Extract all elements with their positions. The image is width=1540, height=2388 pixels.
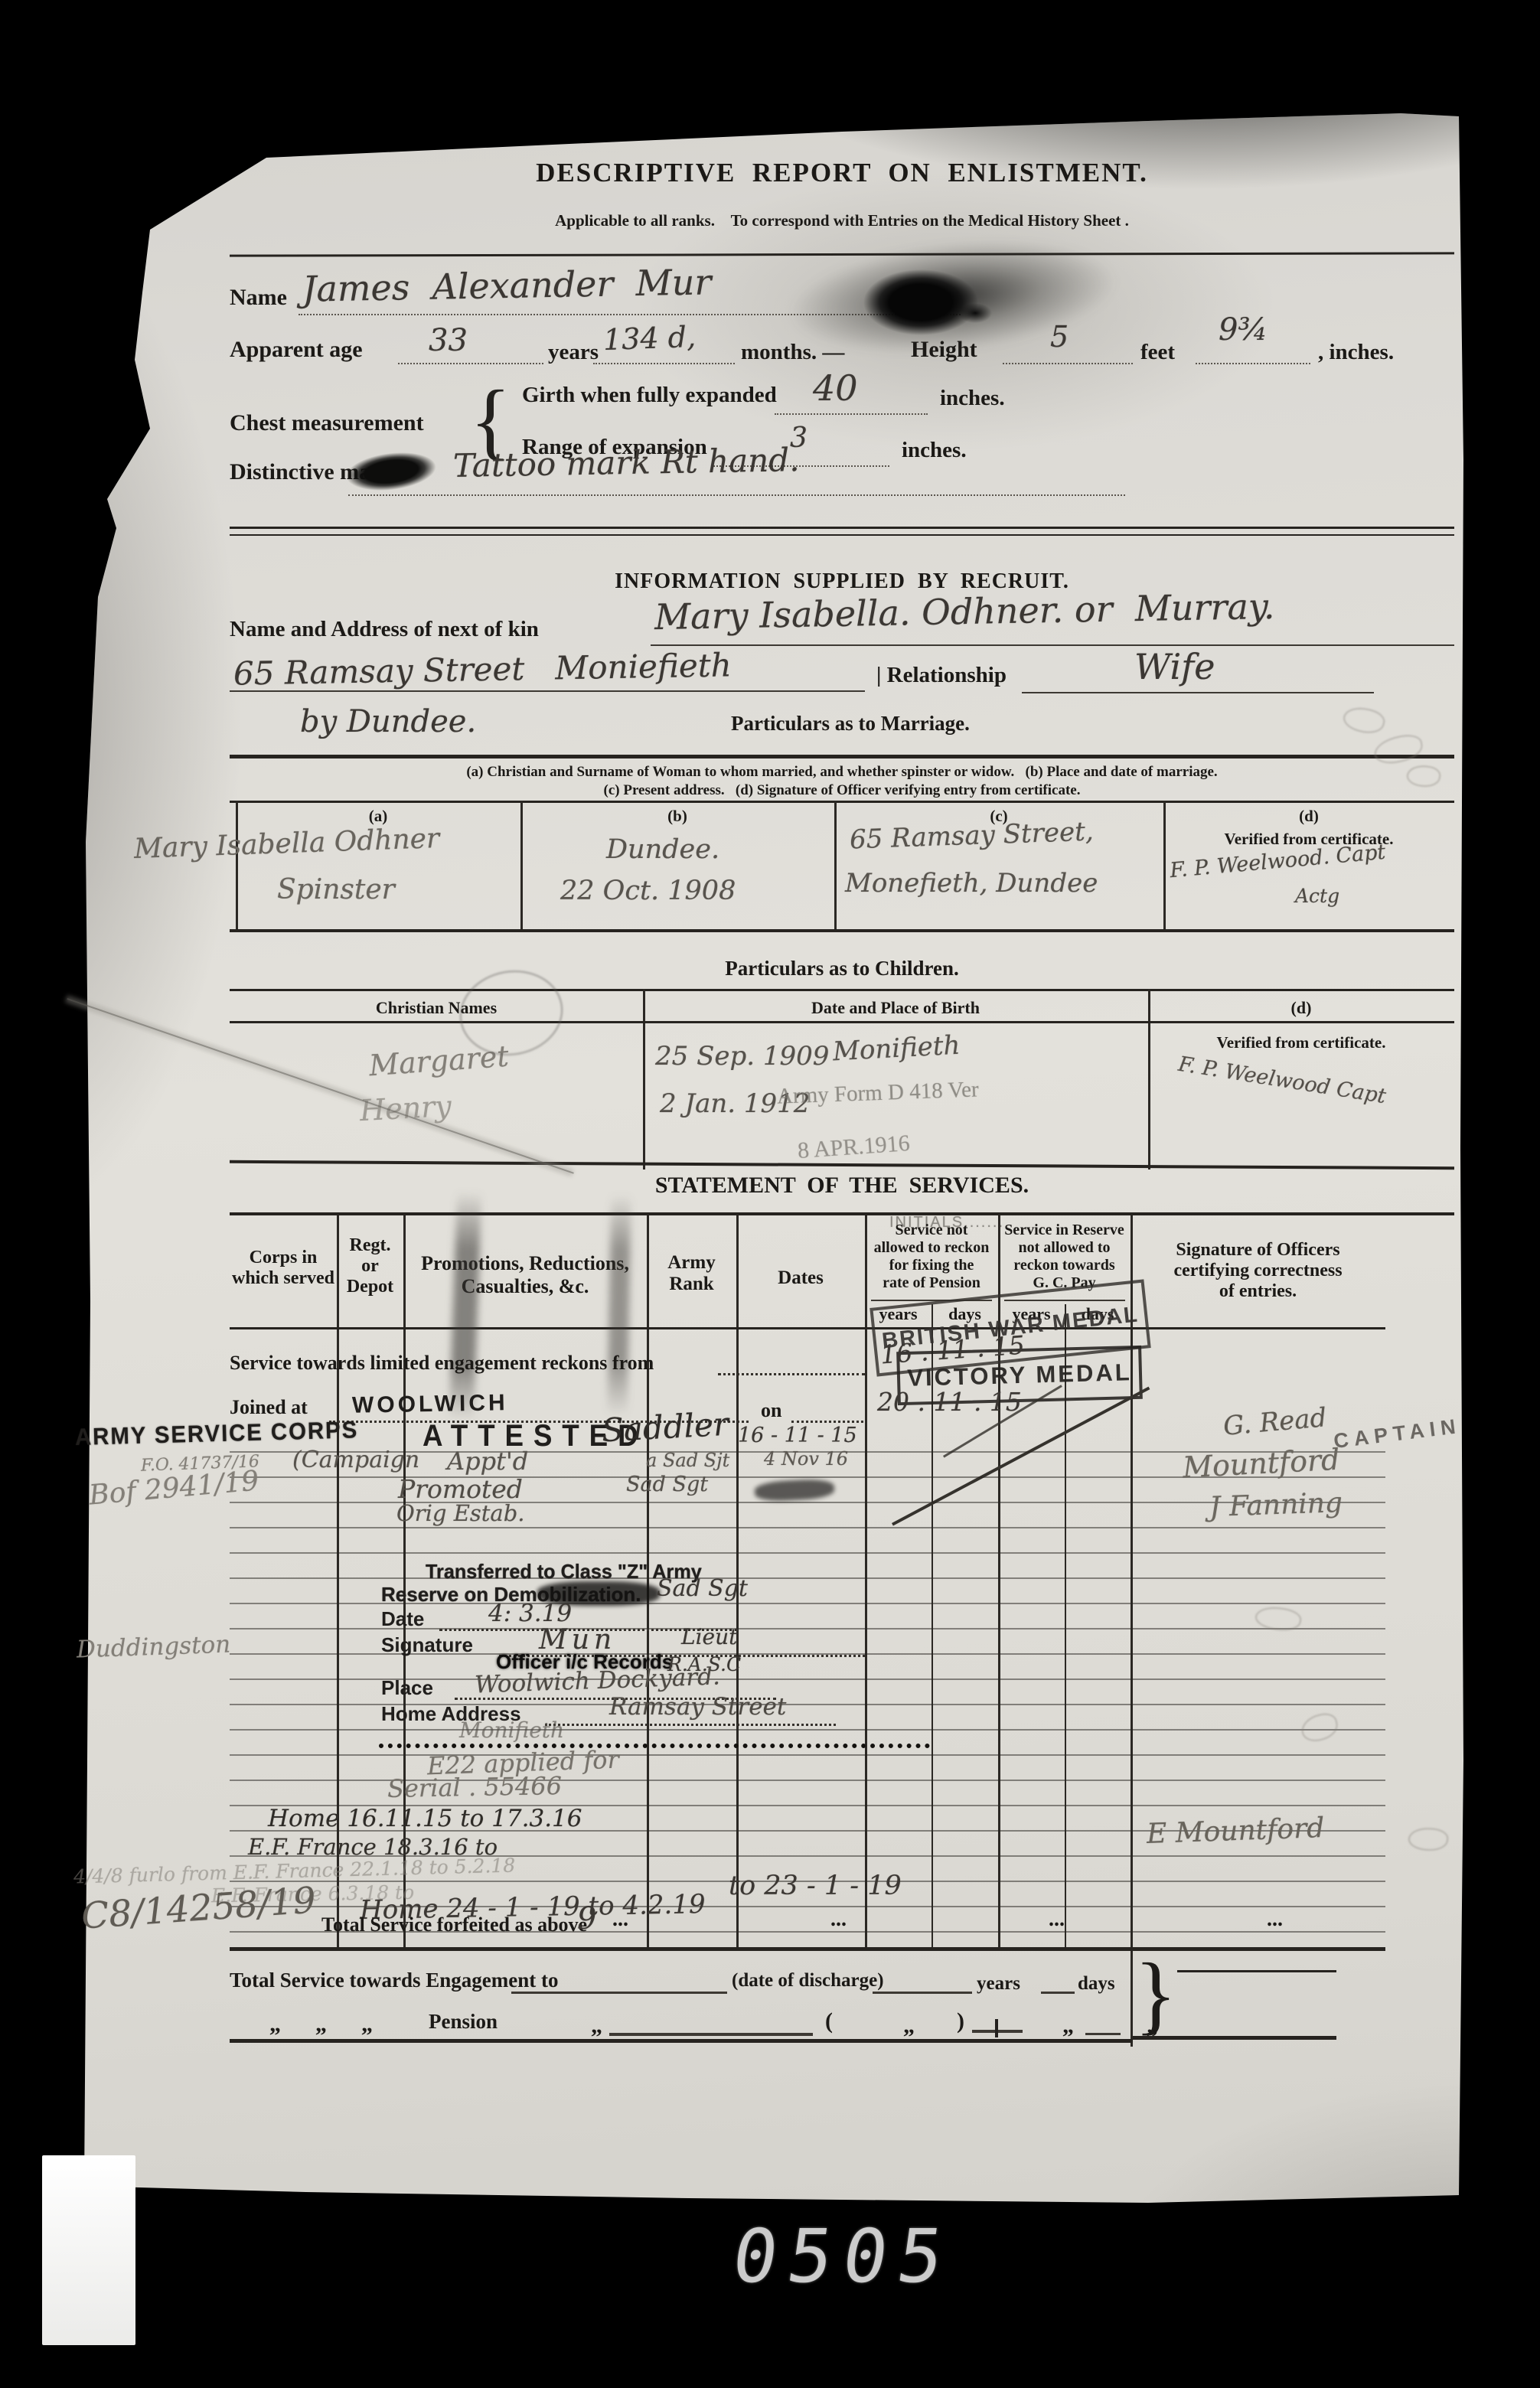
page-subtitle: Applicable to all ranks. To correspond w…: [230, 211, 1454, 230]
services-heading: STATEMENT OF THE SERVICES.: [230, 1173, 1454, 1199]
demob-date-value: 4: 3.19: [488, 1600, 572, 1627]
rule-mid-a: [230, 527, 1454, 529]
services-col-signature: Signature of Officers certifying correct…: [1131, 1240, 1385, 1302]
pension-q1: „: [591, 2013, 602, 2039]
final-rule-left: [230, 2039, 1133, 2043]
marks-value: Tattoo mark Rt hand.: [453, 441, 800, 484]
joined-label: Joined at: [230, 1396, 308, 1419]
girth-value: 40: [813, 367, 858, 409]
height-feet-line: [1003, 363, 1133, 364]
services-col-corps: Corps in which served: [230, 1248, 337, 1289]
marriage-verified-note: Verified from certificate.: [1163, 830, 1454, 849]
pension-paren-open: (: [825, 2008, 833, 2034]
medal-note-2: Serial . 55466: [387, 1771, 563, 1803]
chest-label: Chest measurement: [230, 410, 424, 436]
home-address-leader: [545, 1724, 836, 1726]
services-table-top: [230, 1212, 1454, 1215]
relationship-underline: [1022, 692, 1374, 693]
name-label: Name: [230, 285, 287, 311]
marriage-note1: (a) Christian and Surname of Woman to wh…: [230, 764, 1454, 781]
marriage-cell-b1: Dundee.: [606, 834, 719, 865]
kin-address2-value: by Dundee.: [300, 704, 476, 739]
marriage-cell-b2: 22 Oct. 1908: [560, 876, 736, 906]
joined-on-label: on: [761, 1399, 781, 1422]
children-verified-note: Verified from certificate.: [1148, 1033, 1454, 1052]
demob-rank-value: Sad Sgt: [657, 1575, 748, 1602]
home-address-value: Ramsay Street: [609, 1693, 786, 1721]
inches-label: , inches.: [1318, 340, 1394, 365]
totals-dash-1: [511, 1992, 727, 1994]
pension-cross-mark: [995, 2019, 998, 2037]
children-header-underline: [230, 1021, 1454, 1023]
totals-discharge-label: (date of discharge): [732, 1970, 884, 1992]
services-col-dates: Dates: [736, 1267, 865, 1289]
age-months-value: 134 d,: [602, 320, 696, 357]
height-inches-line: [1196, 363, 1310, 364]
services-header-bottom: [230, 1327, 1385, 1329]
reckons-leader: [718, 1373, 865, 1375]
totals-dash-2: [873, 1992, 972, 1994]
age-label: Apparent age: [230, 337, 363, 363]
pension-quotes: „ „ „: [269, 2011, 373, 2037]
signature-e-mountford: E Mountford: [1146, 1812, 1325, 1850]
services-col-rank: Army Rank: [647, 1252, 736, 1295]
height-label: Height: [911, 337, 977, 363]
services-col-regt: Regt. or Depot: [337, 1235, 403, 1297]
services-col-reserve: Service in Reserve not allowed to reckon…: [998, 1222, 1131, 1292]
attested-trade-value: Saddler: [601, 1405, 729, 1450]
joined-date-value: 20 . 11 . 15: [877, 1387, 1022, 1417]
marriage-note2: (c) Present address. (d) Signature of Of…: [230, 782, 1454, 799]
history-home-1: Home 16.11.15 to 17.3.16: [268, 1805, 582, 1832]
expansion-unit: inches.: [902, 438, 967, 463]
ink-blot-small: [958, 303, 992, 323]
totals-right-line: [1177, 1970, 1336, 1972]
frame-counter: 0505: [727, 2213, 959, 2299]
marriage-table-bottom: [230, 929, 1454, 932]
forfeit-hw-value: 9: [577, 1901, 596, 1936]
pension-label: Pension: [429, 2010, 498, 2034]
height-inches-value: 9¾: [1219, 312, 1268, 347]
months-label: months. —: [741, 340, 844, 365]
age-years-line: [398, 363, 543, 364]
marriage-cell-a2: Spinster: [277, 874, 395, 905]
marriage-header-d: (d): [1163, 807, 1454, 826]
rule-mid-b: [230, 534, 1454, 536]
rowD-corps: (Campaign: [292, 1447, 419, 1473]
home-address-value2: Monifieth: [459, 1718, 564, 1743]
forfeit-label: Total Service forfeited as above: [321, 1913, 587, 1936]
demob-place-label: Place: [381, 1676, 433, 1700]
demob-date-label: Date: [381, 1607, 424, 1631]
joined-leader-2: [791, 1421, 863, 1423]
rowD-promo: Appt'd: [447, 1447, 528, 1476]
reckons-label: Service towards limited engagement recko…: [230, 1352, 654, 1375]
demob-margin-note: Duddingston: [76, 1630, 230, 1663]
children-col-d: (d): [1148, 998, 1454, 1018]
pension-paren-close: ): [957, 2008, 964, 2034]
ink-blot: [863, 269, 978, 335]
children-table-top: [230, 989, 1454, 991]
pension-q3: „: [1062, 2013, 1074, 2039]
pension-dash-3: [1085, 2033, 1121, 2035]
rowF-promo: Orig Estab.: [396, 1500, 524, 1526]
feet-label: feet: [1140, 340, 1175, 365]
marriage-cell-c2: Monefieth, Dundee: [845, 868, 1098, 899]
girth-unit: inches.: [940, 386, 1005, 411]
children-date-1: 25 Sep. 1909: [655, 1041, 829, 1072]
demob-sig-rank: Lieut: [681, 1624, 737, 1649]
services-col-pension: Service not allowed to reckon for fixing…: [865, 1222, 998, 1292]
demob-sig-label: Signature: [381, 1633, 473, 1657]
services-table-bottom: [230, 1947, 1385, 1951]
film-tab: [42, 2155, 135, 2345]
pension-dash-1: [609, 2033, 813, 2036]
totals-days-label: days: [1078, 1973, 1115, 1995]
age-years-value: 33: [429, 323, 468, 358]
marriage-rule-top: [230, 755, 1454, 758]
pension-q4: „: [1147, 2013, 1158, 2039]
kin-address-underline: [230, 690, 865, 692]
kin-underline: [651, 644, 1454, 646]
marriage-header-a: (a): [236, 807, 520, 826]
history-to-date: to 23 - 1 - 19: [729, 1871, 902, 1901]
signature-fanning: J Fanning: [1209, 1487, 1343, 1523]
years-label: years: [548, 340, 599, 365]
children-col-birth: Date and Place of Birth: [643, 998, 1148, 1018]
age-months-line: [593, 363, 735, 364]
pension-q2: „: [903, 2013, 915, 2039]
marriage-header-b: (b): [520, 807, 834, 826]
final-rule-right: [1133, 2036, 1336, 2040]
marriage-table-top: [230, 801, 1454, 803]
totals-line1-label: Total Service towards Engagement to: [230, 1969, 558, 1992]
rowD-date: 4 Nov 16: [764, 1448, 848, 1470]
girth-line: [775, 413, 928, 415]
height-feet-value: 5: [1050, 320, 1069, 354]
forfeit-dots: ... ... ... ...: [612, 1907, 1283, 1932]
smudge-streak-2: [607, 1194, 631, 1416]
marriage-cell-d2: Actg: [1295, 885, 1339, 907]
microfilm-frame: DESCRIPTIVE REPORT ON ENLISTMENT. Applic…: [0, 0, 1540, 2388]
page-title: DESCRIPTIVE REPORT ON ENLISTMENT.: [230, 158, 1454, 188]
heavy-dotted-rule: [379, 1744, 930, 1748]
rowD-rank: a Sad Sjt: [646, 1450, 729, 1471]
joined-place-stamp: WOOLWICH: [352, 1390, 508, 1419]
girth-label: Girth when fully expanded: [522, 383, 777, 408]
totals-years-label: years: [977, 1973, 1020, 1995]
kin-label: Name and Address of next of kin: [230, 617, 539, 642]
totals-vline: [1131, 1951, 1133, 2047]
children-col-names: Christian Names: [230, 998, 643, 1018]
attested-date-value: 16 - 11 - 15: [738, 1424, 857, 1447]
totals-dash-3: [1041, 1992, 1075, 1994]
name-value: James Alexander Mur: [302, 261, 712, 309]
relationship-value: Wife: [1134, 646, 1215, 687]
relationship-label: | Relationship: [876, 663, 1007, 688]
rowE-rank: Sad Sgt: [626, 1473, 708, 1496]
marks-line: [348, 494, 1125, 496]
children-heading: Particulars as to Children.: [230, 957, 1454, 980]
marriage-heading: Particulars as to Marriage.: [731, 712, 970, 736]
